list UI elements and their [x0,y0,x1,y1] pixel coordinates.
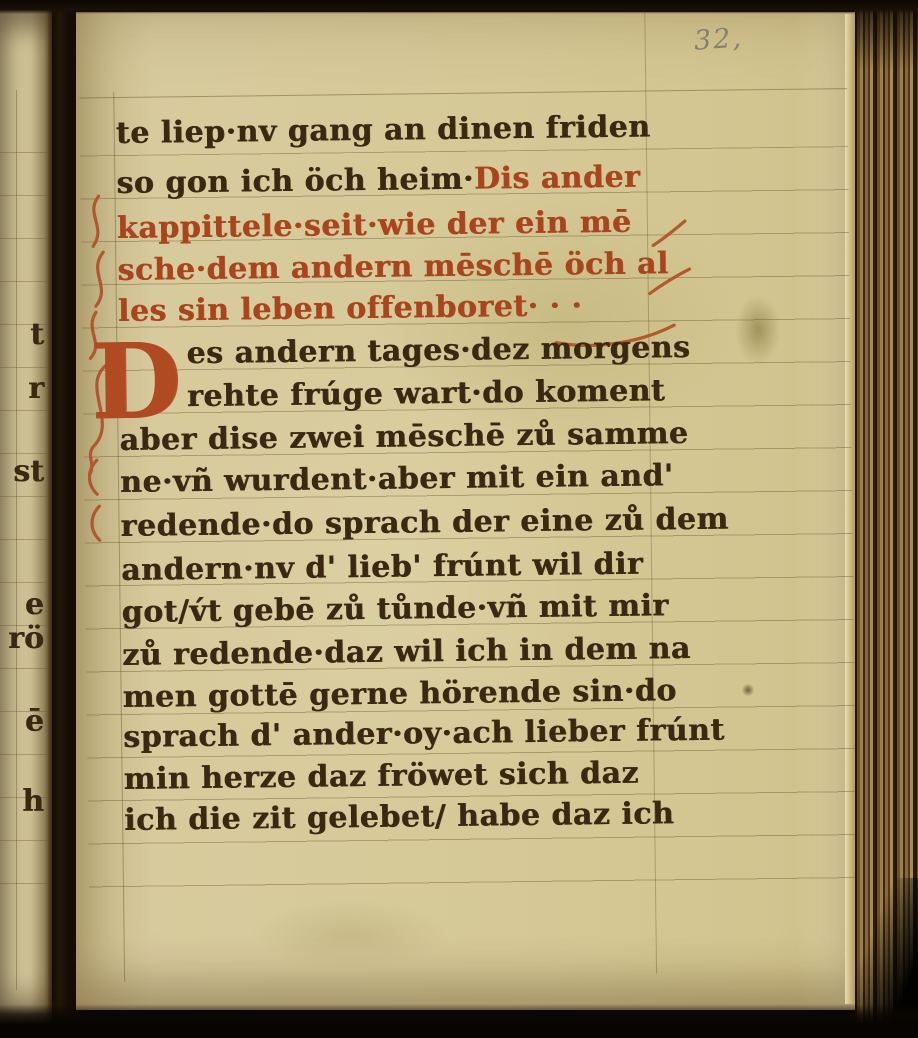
line-text: sprach d' ander·oy·ach lieber frúnt [123,713,725,755]
line-text: zů redende·daz wil ich in dem na [122,631,691,673]
line-text: es andern tages·dez morgens [186,330,690,371]
script-line: redende·do sprach der eine zů dem [120,499,729,550]
line-text: got/v́t gebē zů tůnde·vñ mit mir [121,588,668,630]
script-line: te liep·nv gang an dinen friden [116,106,651,157]
line-text: te liep·nv gang an dinen friden [116,109,651,151]
line-text: rehte frúge wart·do koment [187,373,666,414]
photo-border-bottom [0,1004,918,1038]
rubric-text: les sin leben offenboret· · · [118,288,583,329]
manuscript-photo: t r st e rö ē h 32, [0,0,918,1038]
illuminated-initial: D [90,331,181,432]
rubric-text: Dis ander [474,160,641,197]
script-line: ich die zit gelebet/ habe daz ich [124,793,675,844]
line-text: men gottē gerne hörende sin·do [122,673,676,715]
line-text: so gon ich öch heim· [116,162,474,201]
line-text: andern·nv d' lieb' frúnt wil dir [121,547,643,588]
line-text: ne·vñ wurdent·aber mit ein and' [120,458,674,500]
script-line: ne·vñ wurdent·aber mit ein and' [120,455,674,506]
rubric-text: sche·dem andern mēschē öch al [117,246,669,288]
script-line: sche·dem andern mēschē öch al [117,243,669,294]
script-line: so gon ich öch heim·Dis ander [116,157,640,207]
book-fore-edge [855,0,918,1038]
script-line: es andern tages·dez morgens [186,327,690,377]
ruling-line-top [79,88,847,98]
photo-border-top [0,0,918,14]
line-text: min herze daz fröwet sich daz [123,756,639,797]
text-block: D te liep·nv gang an dinen friden so gon… [0,0,918,1038]
line-text: ich die zit gelebet/ habe daz ich [124,796,674,838]
script-line: les sin leben offenboret· · · [118,285,583,335]
line-text: aber dise zwei mēschē zů samme [119,416,688,458]
line-text: redende·do sprach der eine zů dem [120,502,728,544]
script-line: rehte frúge wart·do koment [187,370,666,420]
rubric-text: kappittele·seit·wie der ein mē [117,205,632,246]
